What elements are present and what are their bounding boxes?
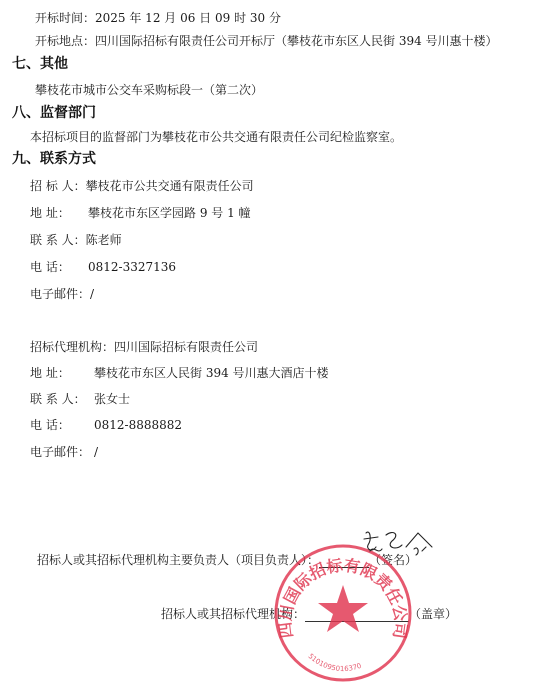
opening-time: 开标时间：2025 年 12 月 06 日 09 时 30 分 [35, 10, 281, 26]
opening-place-value: 四川国际招标有限责任公司开标厅（攀枝花市东区人民街 394 号川惠十楼） [95, 34, 498, 48]
agency-contact: 联 系 人：张女士 [30, 391, 130, 407]
tenderer-name-label: 招 标 人： [30, 178, 86, 194]
agency-email-value: / [94, 445, 98, 459]
tenderer-address: 地 址：攀枝花市东区学园路 9 号 1 幢 [30, 205, 251, 221]
section-9-heading: 九、联系方式 [12, 150, 96, 168]
seal-suffix: （盖章） [409, 607, 457, 621]
opening-place: 开标地点：四川国际招标有限责任公司开标厅（攀枝花市东区人民街 394 号川惠十楼… [35, 33, 498, 49]
tenderer-phone: 电 话：0812-3327136 [30, 259, 176, 275]
responsible-suffix: （签名） [369, 553, 417, 567]
tenderer-phone-label: 电 话： [30, 259, 88, 275]
agency-phone-label: 电 话： [30, 417, 94, 433]
agency-name: 招标代理机构：四川国际招标有限责任公司 [30, 339, 258, 355]
tenderer-contact-value: 陈老师 [86, 233, 122, 247]
agency-email: 电子邮件：/ [30, 444, 98, 460]
agency-contact-label: 联 系 人： [30, 391, 94, 407]
responsible-signature-line: 招标人或其招标代理机构主要负责人（项目负责人）：（签名） [37, 552, 417, 568]
section-8-text: 本招标项目的监督部门为攀枝花市公共交通有限责任公司纪检监察室。 [30, 129, 402, 145]
svg-text:四川国际招标有限责任公司: 四川国际招标有限责任公司 [276, 555, 411, 639]
agency-name-value: 四川国际招标有限责任公司 [114, 340, 258, 354]
agency-address-value: 攀枝花市东区人民街 394 号川惠大酒店十楼 [94, 366, 329, 380]
seal-number: 5101095016370 [306, 652, 362, 673]
agency-phone-value: 0812-8888882 [94, 418, 182, 432]
tenderer-name: 招 标 人：攀枝花市公共交通有限责任公司 [30, 178, 254, 194]
tenderer-phone-value: 0812-3327136 [88, 260, 176, 274]
agency-name-label: 招标代理机构： [30, 339, 114, 355]
tenderer-email-label: 电子邮件： [30, 286, 90, 302]
opening-time-label: 开标时间： [35, 11, 95, 25]
tenderer-email: 电子邮件：/ [30, 286, 94, 302]
seal-underline [305, 607, 409, 622]
signature-underline [319, 553, 369, 568]
svg-text:5101095016370: 5101095016370 [306, 652, 362, 673]
tenderer-contact: 联 系 人：陈老师 [30, 232, 122, 248]
opening-time-value: 2025 年 12 月 06 日 09 时 30 分 [95, 11, 281, 25]
tenderer-address-label: 地 址： [30, 205, 88, 221]
tenderer-email-value: / [90, 287, 94, 301]
agency-contact-value: 张女士 [94, 392, 130, 406]
tenderer-contact-label: 联 系 人： [30, 232, 86, 248]
agency-email-label: 电子邮件： [30, 444, 94, 460]
seal-line: 招标人或其招标代理机构：（盖章） [161, 606, 457, 622]
agency-address: 地 址：攀枝花市东区人民街 394 号川惠大酒店十楼 [30, 365, 329, 381]
tenderer-name-value: 攀枝花市公共交通有限责任公司 [86, 179, 254, 193]
seal-text: 四川国际招标有限责任公司 [276, 555, 411, 639]
section-7-heading: 七、其他 [12, 55, 68, 73]
opening-place-label: 开标地点： [35, 34, 95, 48]
agency-address-label: 地 址： [30, 365, 94, 381]
section-7-text: 攀枝花市城市公交车采购标段一（第二次） [35, 82, 263, 98]
section-8-heading: 八、监督部门 [12, 104, 96, 122]
tenderer-address-value: 攀枝花市东区学园路 9 号 1 幢 [88, 206, 251, 220]
responsible-label: 招标人或其招标代理机构主要负责人（项目负责人）： [37, 553, 319, 567]
agency-phone: 电 话：0812-8888882 [30, 417, 182, 433]
seal-label: 招标人或其招标代理机构： [161, 607, 305, 621]
